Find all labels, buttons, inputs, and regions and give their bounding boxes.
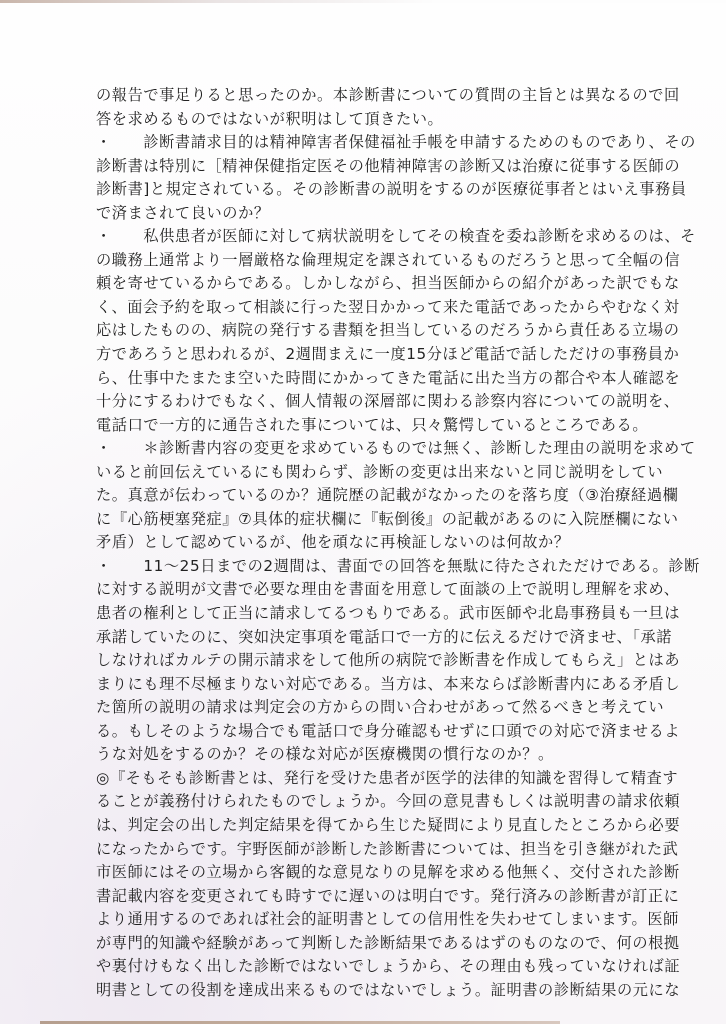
text-line: 矛盾）として認めているが、他を頑なに再検証しないのは何故か？ (96, 531, 636, 555)
page-top-edge (0, 0, 726, 3)
text-line: の報告で事足りると思ったのか。本診断書についての質問の主旨とは異なるので回 (96, 84, 636, 108)
bullet-paragraph-line: ・ ＊診断書内容の変更を求めているものでは無く、診断した理由の説明を求めて (96, 437, 636, 461)
text-line: 電話口で一方的に通告された事については、只々驚愕しているところである。 (96, 414, 636, 438)
text-line: 頼を寄せているからである。しかしながら、担当医師からの紹介があった訳でもな (96, 272, 636, 296)
bullet-paragraph-line: ・ 私供患者が医師に対して病状説明をしてその検査を委ね診断を求めるのは、そ (96, 225, 636, 249)
quoted-paragraph-line: ◎『そもそも診断書とは、発行を受けた患者が医学的法律的知識を習得して精査す (96, 767, 636, 791)
text-line: る。もしそのような場合でも電話口で身分確認もせずに口頭での対応で済ませるよ (96, 720, 636, 744)
text-line: より通用するのであれば社会的証明書としての信用性を失わせてしまいます。医師 (96, 908, 636, 932)
text-line: は、判定会の出した判定結果を得てから生じた疑問により見直したところから必要 (96, 814, 636, 838)
text-line: いると前回伝えているにも関わらず、診断の変更は出来ないと同じ説明をしてい (96, 461, 636, 485)
text-line: 十分にするわけでもなく、個人情報の深層部に関わる診察内容についての説明を、 (96, 390, 636, 414)
text-line: うな対処をするのか？その様な対応が医療機関の慣行なのか？。 (96, 743, 636, 767)
text-line: 診断書は特別に［精神保健指定医その他精神障害の診断又は治療に従事する医師の (96, 155, 636, 179)
text-line: の職務上通常より一層厳格な倫理規定を課されているものだろうと思って全幅の信 (96, 249, 636, 273)
text-line: 診断書]と規定されている。その診断書の説明をするのが医療従事者とはいえ事務員 (96, 178, 636, 202)
text-line: になったからです。宇野医師が診断した診断書については、担当を引き継がれた武 (96, 838, 636, 862)
text-line: に対する説明が文書で必要な理由を書面を用意して面談の上で説明し理解を求め、 (96, 578, 636, 602)
text-line: 応はしたものの、病院の発行する書類を担当しているのだろうから責任ある立場の (96, 319, 636, 343)
text-line: 答を求めるものではないが釈明はして頂きたい。 (96, 108, 636, 132)
text-line: 市医師にはその立場から客観的な意見なりの見解を求める他無く、交付された診断 (96, 861, 636, 885)
text-line: まりにも理不尽極まりない対応である。当方は、本来ならば診断書内にある矛盾し (96, 673, 636, 697)
text-line: た箇所の説明の請求は判定会の方からの問い合わせがあって然るべきと考えてい (96, 696, 636, 720)
text-line: 承諾していたのに、突如決定事項を電話口で一方的に伝えるだけで済ませ、「承諾 (96, 626, 636, 650)
text-line: しなければカルテの開示請求をして他所の病院で診断書を作成してもらえ」とはあ (96, 649, 636, 673)
text-line: や裏付けもなく出した診断ではないでしょうから、その理由も残っていなければ証 (96, 955, 636, 979)
text-line: ら、仕事中たまたま空いた時間にかかってきた電話に出た当方の都合や本人確認を (96, 367, 636, 391)
bullet-paragraph-line: ・ 診断書請求目的は精神障害者保健福祉手帳を申請するためのものであり、その (96, 131, 636, 155)
text-line: ることが義務付けられたものでしょうか。今回の意見書もしくは説明書の請求依頼 (96, 790, 636, 814)
text-line: 明書としての役割を達成出来るものではないでしょう。証明書の診断結果の元にな (96, 979, 636, 1003)
scanned-page: の報告で事足りると思ったのか。本診断書についての質問の主旨とは異なるので回 答を… (0, 0, 726, 1024)
text-line: 患者の権利として正当に請求してるつもりである。武市医師や北島事務員も一旦は (96, 602, 636, 626)
text-line: 書記載内容を変更されても時すでに遅いのは明白です。発行済みの診断書が訂正に (96, 885, 636, 909)
text-line: に『心筋梗塞発症』⑦具体的症状欄に『転倒後』の記載があるのに入院歴欄にない (96, 508, 636, 532)
document-body: の報告で事足りると思ったのか。本診断書についての質問の主旨とは異なるので回 答を… (96, 84, 636, 1002)
text-line: た。真意が伝わっているのか？通院歴の記載がなかったのを落ち度（③治療経過欄 (96, 484, 636, 508)
text-line: が専門的知識や経験があって判断した診断結果であるはずのものなので、何の根拠 (96, 932, 636, 956)
text-line: で済まされて良いのか？ (96, 202, 636, 226)
text-line: く、面会予約を取って相談に行った翌日かかって来た電話であったからやむなく対 (96, 296, 636, 320)
text-line: 方であろうと思われるが、2週間まえに一度15分ほど電話で話しただけの事務員か (96, 343, 636, 367)
bullet-paragraph-line: ・ 11～25日までの2週間は、書面での回答を無駄に待たされただけである。診断 (96, 555, 636, 579)
